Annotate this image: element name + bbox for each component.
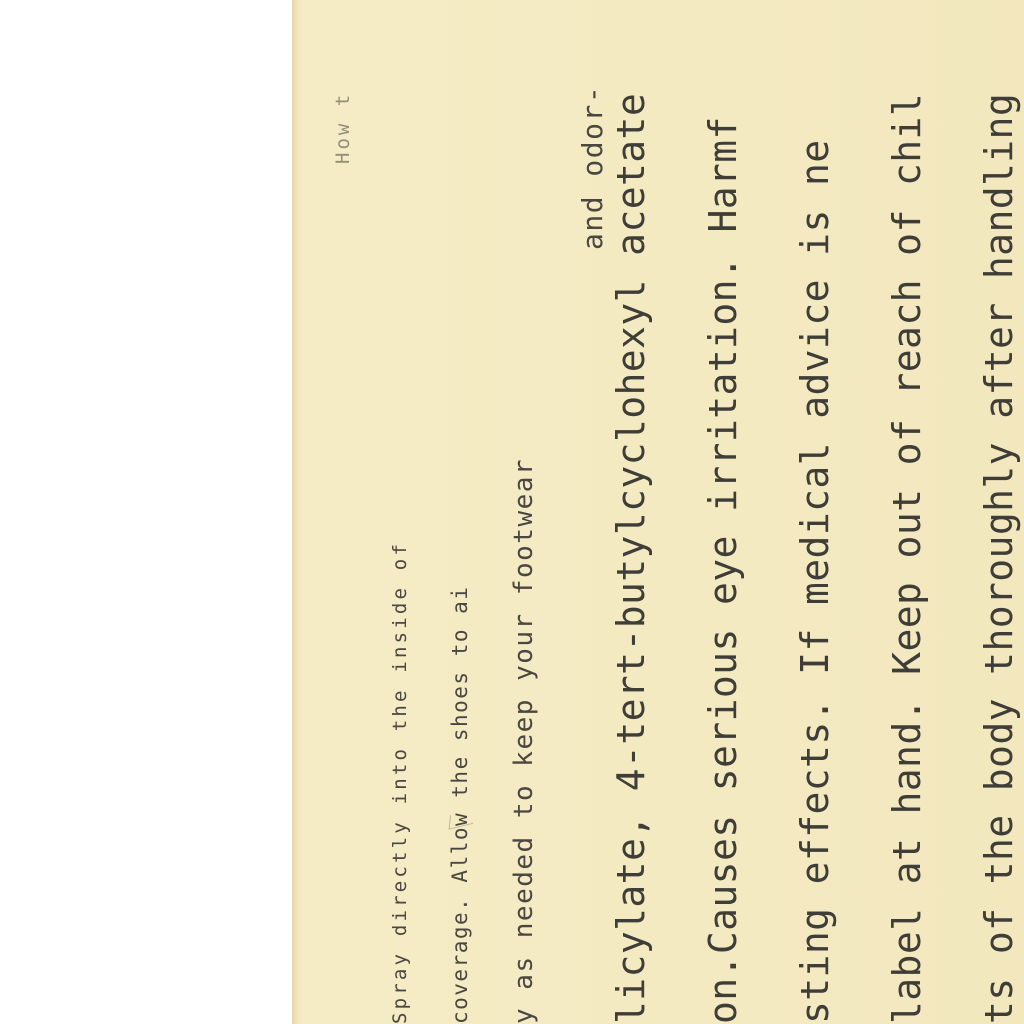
warning-line-1: licylate, 4-tert-butylcyclohexyl acetate bbox=[604, 93, 658, 1024]
warning-line-5: ts of the body thoroughly after handling bbox=[972, 93, 1024, 1024]
warning-section: licylate, 4-tert-butylcyclohexyl acetate… bbox=[566, 93, 1024, 1024]
how-to-use-line-2: coverage. Allow the shoes to ai bbox=[449, 85, 472, 1024]
how-to-use-heading: How t bbox=[334, 85, 352, 1024]
how-to-use-line-1: Spray directly into the inside of bbox=[390, 85, 411, 1024]
warning-line-2: on.Causes serious eye irritation. Harmf bbox=[696, 93, 750, 1024]
warning-line-3: sting effects. If medical advice is ne bbox=[788, 93, 842, 1024]
how-to-use-line-3: y as needed to keep your footwear bbox=[510, 85, 539, 1024]
warning-line-4: label at hand. Keep out of reach of chil bbox=[880, 93, 934, 1024]
